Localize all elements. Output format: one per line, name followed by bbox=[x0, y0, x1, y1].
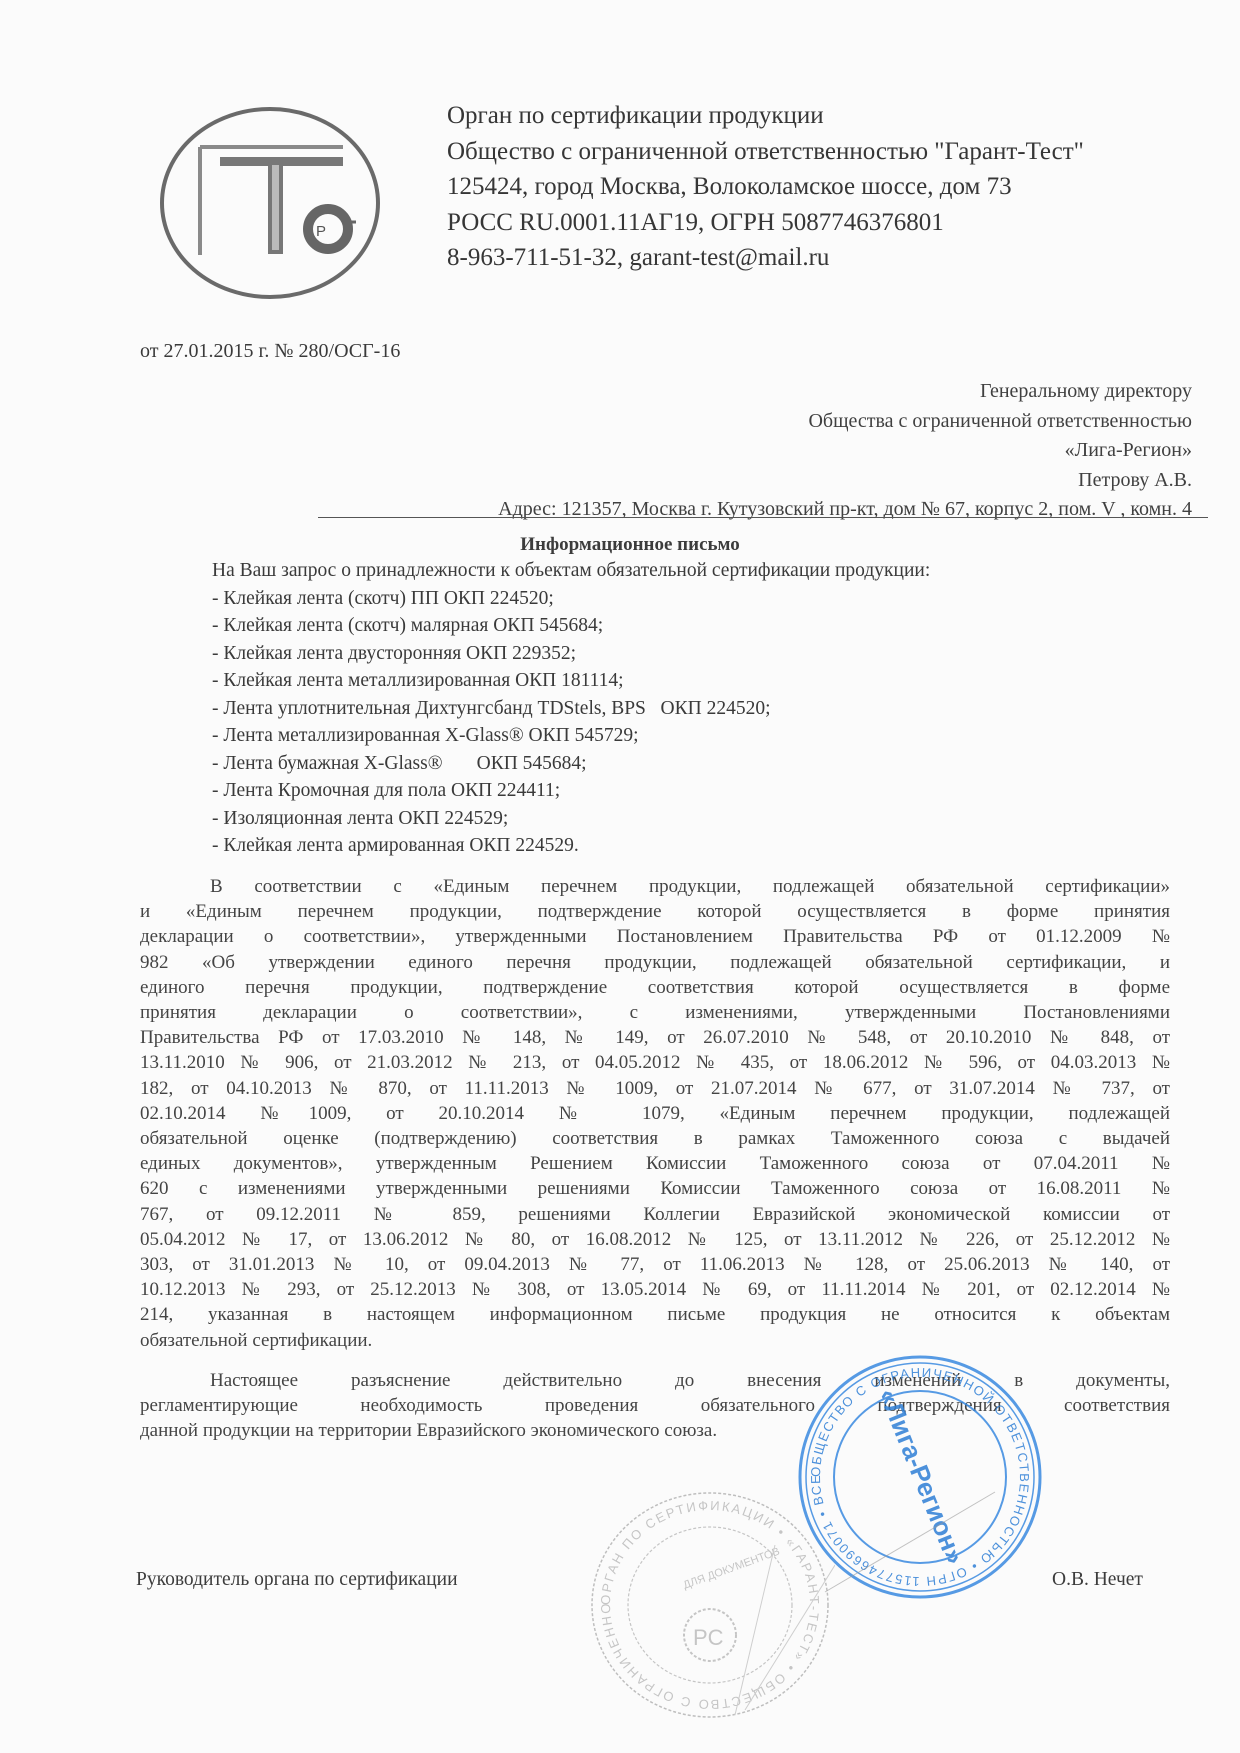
paragraph-line: 303, от 31.01.2013 № 10, от 09.04.2013 №… bbox=[140, 1252, 1170, 1277]
list-item: - Клейкая лента (скотч) малярная ОКП 545… bbox=[212, 612, 930, 640]
addressee-line: Петрову А.В. bbox=[498, 466, 1192, 496]
list-item: - Лента бумажная X-Glass® ОКП 545684; bbox=[212, 750, 930, 778]
paragraph-line: и «Единым перечнем продукции, подтвержде… bbox=[140, 899, 1170, 924]
paragraph-line: обязательной сертификации. bbox=[140, 1328, 1170, 1353]
list-item: - Клейкая лента (скотч) ПП ОКП 224520; bbox=[212, 585, 930, 613]
paragraph-line: 767, от 09.12.2011 № 859, решениями Колл… bbox=[140, 1202, 1170, 1227]
addressee-line: Общества с ограниченной ответственностью bbox=[498, 407, 1192, 437]
list-item: - Клейкая лента металлизированная ОКП 18… bbox=[212, 667, 930, 695]
paragraph-line: обязательной оценке (подтверждению) соот… bbox=[140, 1126, 1170, 1151]
paragraph-line: Правительства РФ от 17.03.2010 № 148, № … bbox=[140, 1025, 1170, 1050]
certification-logo-icon: P bbox=[158, 105, 383, 301]
issuer-line: 125424, город Москва, Волоколамское шосс… bbox=[447, 169, 1084, 205]
svg-text:PC: PC bbox=[693, 1625, 724, 1650]
request-intro: На Ваш запрос о принадлежности к объекта… bbox=[212, 557, 930, 585]
issuer-header: Орган по сертификации продукции Общество… bbox=[447, 98, 1084, 276]
paragraph-line: 02.10.2014 №1009, от 20.10.2014 № 1079, … bbox=[140, 1101, 1170, 1126]
addressee-line: «Лига-Регион» bbox=[498, 436, 1192, 466]
list-item: - Лента уплотнительная Дихтунгсбанд TDSt… bbox=[212, 695, 930, 723]
paragraph-line: принятия декларации о соответствии», с и… bbox=[140, 1000, 1170, 1025]
letter-title: Информационное письмо bbox=[0, 534, 1240, 556]
list-item: - Лента металлизированная X-Glass® ОКП 5… bbox=[212, 722, 930, 750]
addressee-block: Генеральному директору Общества с ограни… bbox=[498, 377, 1192, 525]
svg-text:P: P bbox=[316, 223, 326, 240]
paragraph-line: единых документов», утвержденным Решение… bbox=[140, 1151, 1170, 1176]
paragraph-line: 982 «Об утверждении единого перечня прод… bbox=[140, 950, 1170, 975]
paragraph-line: 10.12.2013 № 293, от 25.12.2013 № 308, о… bbox=[140, 1277, 1170, 1302]
paragraph-line: 182, от 04.10.2013 № 870, от 11.11.2013 … bbox=[140, 1076, 1170, 1101]
legal-basis-paragraph: В соответствии с «Единым перечнем продук… bbox=[140, 874, 1170, 1353]
list-item: - Клейкая лента двусторонняя ОКП 229352; bbox=[212, 640, 930, 668]
list-item: - Изоляционная лента ОКП 224529; bbox=[212, 805, 930, 833]
addressee-line: Генеральному директору bbox=[498, 377, 1192, 407]
paragraph-line: 13.11.2010 № 906, от 21.03.2012 № 213, о… bbox=[140, 1050, 1170, 1075]
signatory-name: О.В. Нечет bbox=[1052, 1569, 1143, 1591]
list-item: - Клейкая лента армированная ОКП 224529. bbox=[212, 832, 930, 860]
issuer-line: 8-963-711-51-32, garant-test@mail.ru bbox=[447, 240, 1084, 276]
blue-stamp-center-text: «Лига-Регион» bbox=[873, 1384, 971, 1568]
paragraph-line: декларации о соответствии», утвержденным… bbox=[140, 924, 1170, 949]
company-stamp-icon: ОБЩЕСТВО С ОГРАНИЧЕННОЙ ОТВЕТСТВЕННОСТЬЮ… bbox=[795, 1352, 1045, 1602]
list-item: - Лента Кромочная для пола ОКП 224411; bbox=[212, 777, 930, 805]
issuer-line: Орган по сертификации продукции bbox=[447, 98, 1084, 134]
issuer-line: Общество с ограниченной ответственностью… bbox=[447, 134, 1084, 170]
product-list: На Ваш запрос о принадлежности к объекта… bbox=[212, 557, 930, 860]
issuer-line: РОСС RU.0001.11АГ19, ОГРН 5087746376801 bbox=[447, 205, 1084, 241]
addressee-address: Адрес: 121357, Москва г. Кутузовский пр-… bbox=[498, 495, 1192, 525]
paragraph-line: 620 с изменениями утвержденными решениям… bbox=[140, 1176, 1170, 1201]
paragraph-line: единого перечня продукции, подтверждение… bbox=[140, 975, 1170, 1000]
paragraph-line: 214, указанная в настоящем информационно… bbox=[140, 1302, 1170, 1327]
paragraph-line: В соответствии с «Единым перечнем продук… bbox=[140, 874, 1170, 899]
gray-stamp-center-text: ДЛЯ ДОКУМЕНТОВ bbox=[682, 1546, 782, 1592]
signatory-position: Руководитель органа по сертификации bbox=[136, 1569, 458, 1591]
address-underline bbox=[318, 517, 1208, 518]
letter-reference: от 27.01.2015 г. № 280/ОСГ-16 bbox=[140, 340, 400, 363]
letter-page: P Орган по сертификации продукции Общест… bbox=[0, 0, 1240, 1753]
paragraph-line: 05.04.2012 № 17, от 13.06.2012 № 80, от … bbox=[140, 1227, 1170, 1252]
